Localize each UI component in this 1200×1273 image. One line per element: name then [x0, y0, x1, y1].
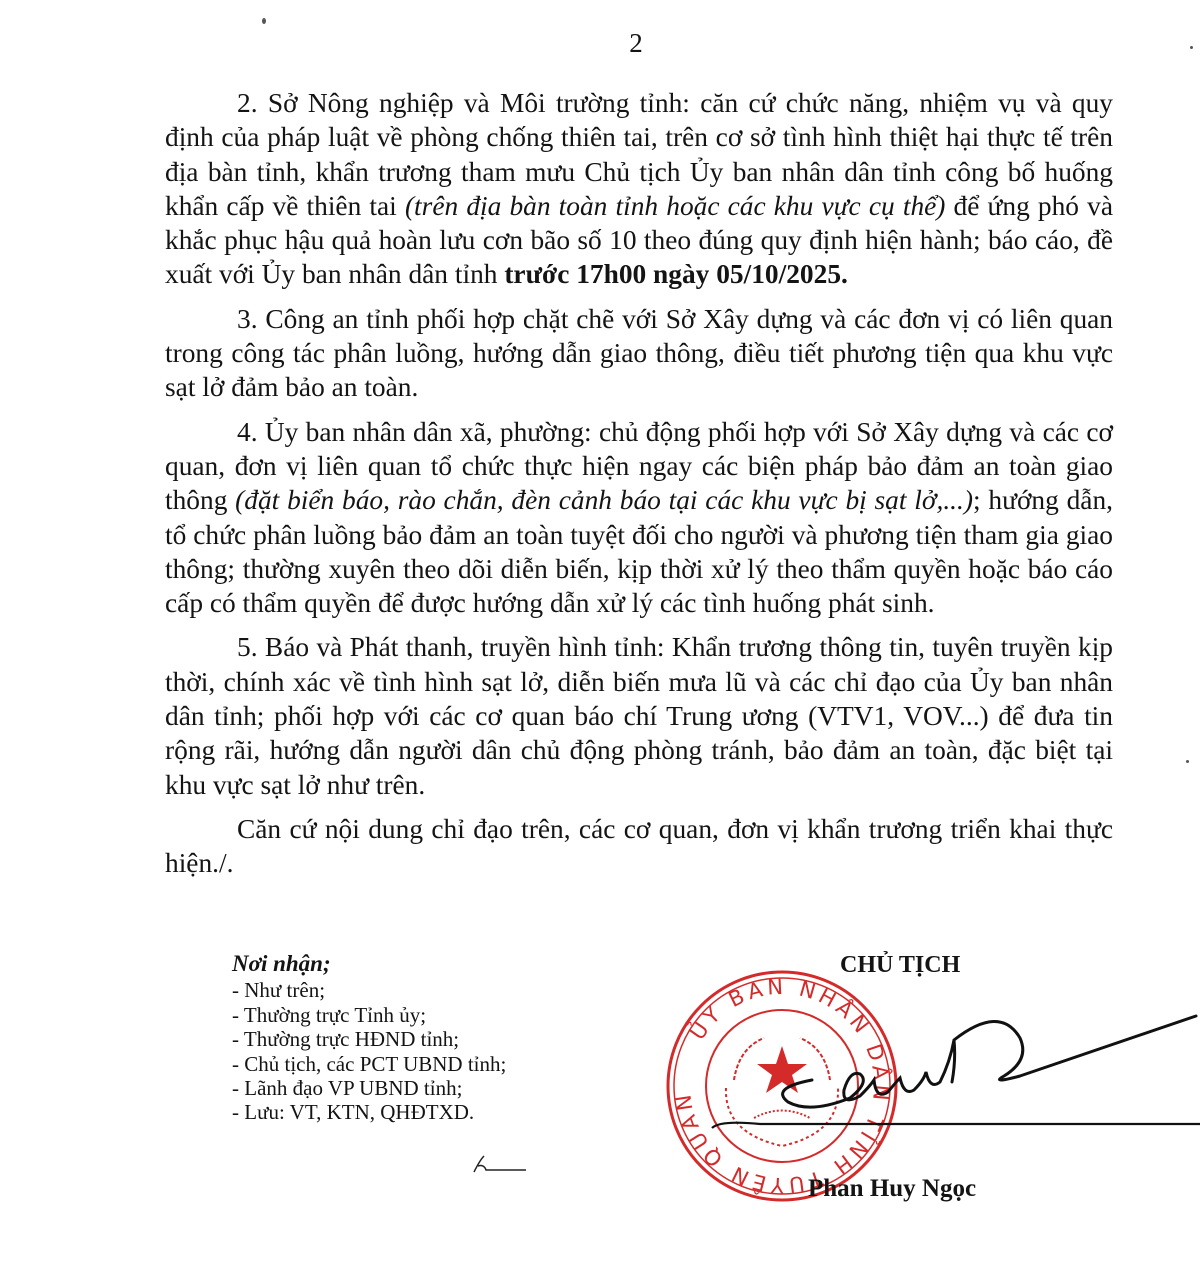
paragraph-item-5: 5. Báo và Phát thanh, truyền hình tỉnh: …: [165, 630, 1113, 801]
scan-speck: [1190, 46, 1193, 49]
text-segment: 3. Công an tỉnh phối hợp chặt chẽ với Sở…: [165, 304, 1113, 403]
initials-mark-icon: [470, 1152, 530, 1176]
text-segment: 5. Báo và Phát thanh, truyền hình tỉnh: …: [165, 632, 1113, 799]
recipients-title: Nơi nhận;: [232, 952, 506, 976]
paragraph-item-3: 3. Công an tỉnh phối hợp chặt chẽ với Sở…: [165, 302, 1113, 405]
text-segment: Căn cứ nội dung chỉ đạo trên, các cơ qua…: [165, 814, 1113, 878]
recipient-item: - Như trên;: [232, 978, 506, 1002]
signer-name: Phan Huy Ngọc: [808, 1175, 976, 1203]
recipient-item: - Thường trực HĐND tỉnh;: [232, 1027, 506, 1051]
text-segment: (đặt biển báo, rào chắn, đèn cảnh báo tạ…: [235, 485, 973, 515]
recipient-item: - Lãnh đạo VP UBND tỉnh;: [232, 1076, 506, 1100]
text-segment: (trên địa bàn toàn tỉnh hoặc các khu vực…: [405, 191, 945, 221]
paragraph-item-4: 4. Ủy ban nhân dân xã, phường: chủ động …: [165, 415, 1113, 621]
paragraph-conclusion: Căn cứ nội dung chỉ đạo trên, các cơ qua…: [165, 812, 1113, 881]
signature-icon: [700, 1010, 1200, 1150]
recipient-item: - Thường trực Tỉnh ủy;: [232, 1003, 506, 1027]
text-segment: trước 17h00 ngày 05/10/2025.: [504, 259, 848, 289]
scan-speck: [262, 18, 266, 24]
recipient-item: - Chủ tịch, các PCT UBND tỉnh;: [232, 1052, 506, 1076]
document-body: 2. Sở Nông nghiệp và Môi trường tỉnh: că…: [165, 86, 1113, 891]
recipient-item: - Lưu: VT, KTN, QHĐTXD.: [232, 1100, 506, 1124]
page-number: 2: [0, 28, 1200, 59]
scan-speck: [1186, 760, 1189, 763]
paragraph-item-2: 2. Sở Nông nghiệp và Môi trường tỉnh: că…: [165, 86, 1113, 292]
recipients-block: Nơi nhận; - Như trên; - Thường trực Tỉnh…: [232, 952, 506, 1125]
